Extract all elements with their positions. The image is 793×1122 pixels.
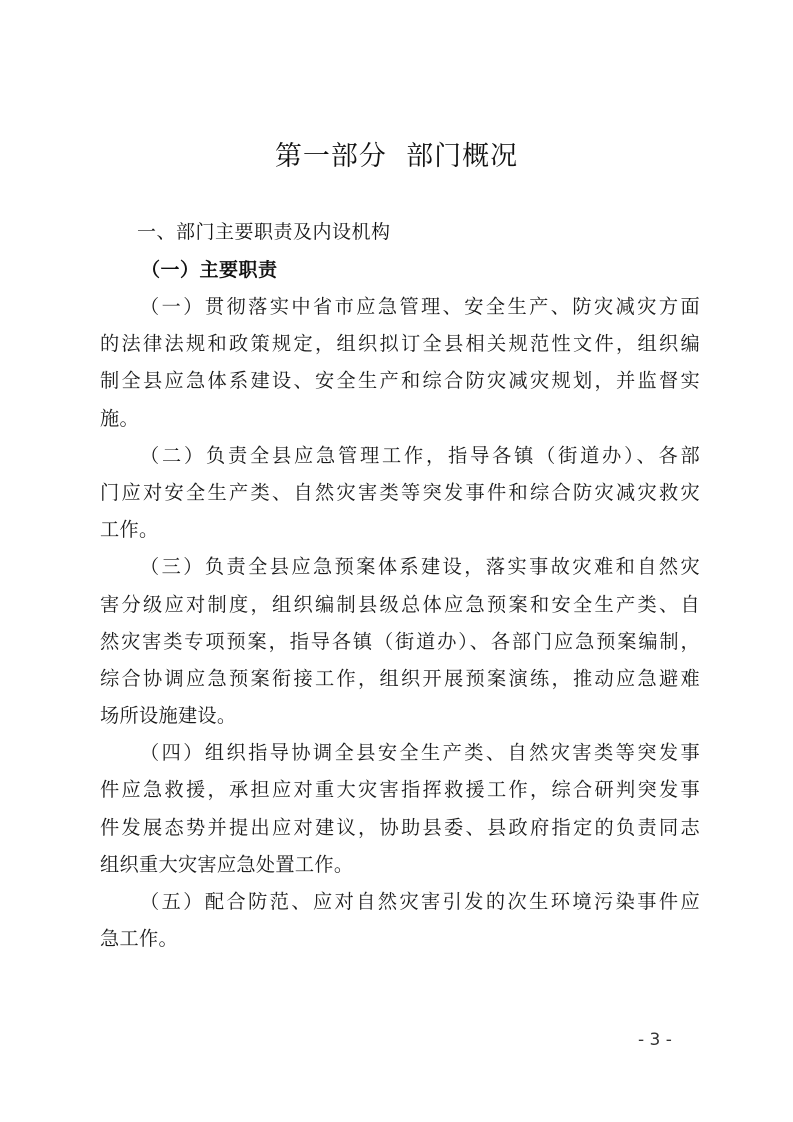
paragraph-line: 场所设施建设。 [100, 697, 700, 734]
section-heading: 一、部门主要职责及内设机构 [137, 217, 391, 244]
paragraph-1: （一）贯彻落实中省市应急管理、安全生产、防灾减灾方面 的法律法规和政策规定，组织… [100, 288, 700, 437]
paragraph-line: （二）负责全县应急管理工作，指导各镇（街道办）、各部 [100, 437, 700, 474]
paragraph-line: 件应急救援，承担应对重大灾害指挥救援工作，综合研判突发事 [100, 771, 700, 808]
subsection-heading: （一）主要职责 [141, 255, 278, 282]
paragraph-line: 施。 [100, 400, 700, 437]
paragraph-line: 门应对安全生产类、自然灾害类等突发事件和综合防灾减灾救灾 [100, 474, 700, 511]
paragraph-5: （五）配合防范、应对自然灾害引发的次生环境污染事件应 急工作。 [100, 883, 700, 957]
paragraph-2: （二）负责全县应急管理工作，指导各镇（街道办）、各部 门应对安全生产类、自然灾害… [100, 437, 700, 549]
paragraph-line: （一）贯彻落实中省市应急管理、安全生产、防灾减灾方面 [100, 288, 700, 325]
page-number: - 3 - [638, 1030, 672, 1050]
page-title: 第一部分 部门概况 [0, 134, 793, 173]
body-text: （一）贯彻落实中省市应急管理、安全生产、防灾减灾方面 的法律法规和政策规定，组织… [100, 288, 700, 957]
paragraph-line: 件发展态势并提出应对建议，协助县委、县政府指定的负责同志 [100, 809, 700, 846]
paragraph-line: 然灾害类专项预案，指导各镇（街道办）、各部门应急预案编制， [100, 623, 700, 660]
paragraph-line: （四）组织指导协调全县安全生产类、自然灾害类等突发事 [100, 734, 700, 771]
paragraph-line: 组织重大灾害应急处置工作。 [100, 846, 700, 883]
paragraph-line: 急工作。 [100, 920, 700, 957]
paragraph-3: （三）负责全县应急预案体系建设，落实事故灾难和自然灾 害分级应对制度，组织编制县… [100, 548, 700, 734]
paragraph-line: 制全县应急体系建设、安全生产和综合防灾减灾规划，并监督实 [100, 362, 700, 399]
document-page: 第一部分 部门概况 一、部门主要职责及内设机构 （一）主要职责 （一）贯彻落实中… [0, 0, 793, 1122]
paragraph-line: 害分级应对制度，组织编制县级总体应急预案和安全生产类、自 [100, 586, 700, 623]
paragraph-line: （五）配合防范、应对自然灾害引发的次生环境污染事件应 [100, 883, 700, 920]
paragraph-line: 的法律法规和政策规定，组织拟订全县相关规范性文件，组织编 [100, 325, 700, 362]
paragraph-4: （四）组织指导协调全县安全生产类、自然灾害类等突发事 件应急救援，承担应对重大灾… [100, 734, 700, 883]
paragraph-line: （三）负责全县应急预案体系建设，落实事故灾难和自然灾 [100, 548, 700, 585]
paragraph-line: 工作。 [100, 511, 700, 548]
paragraph-line: 综合协调应急预案衔接工作，组织开展预案演练，推动应急避难 [100, 660, 700, 697]
